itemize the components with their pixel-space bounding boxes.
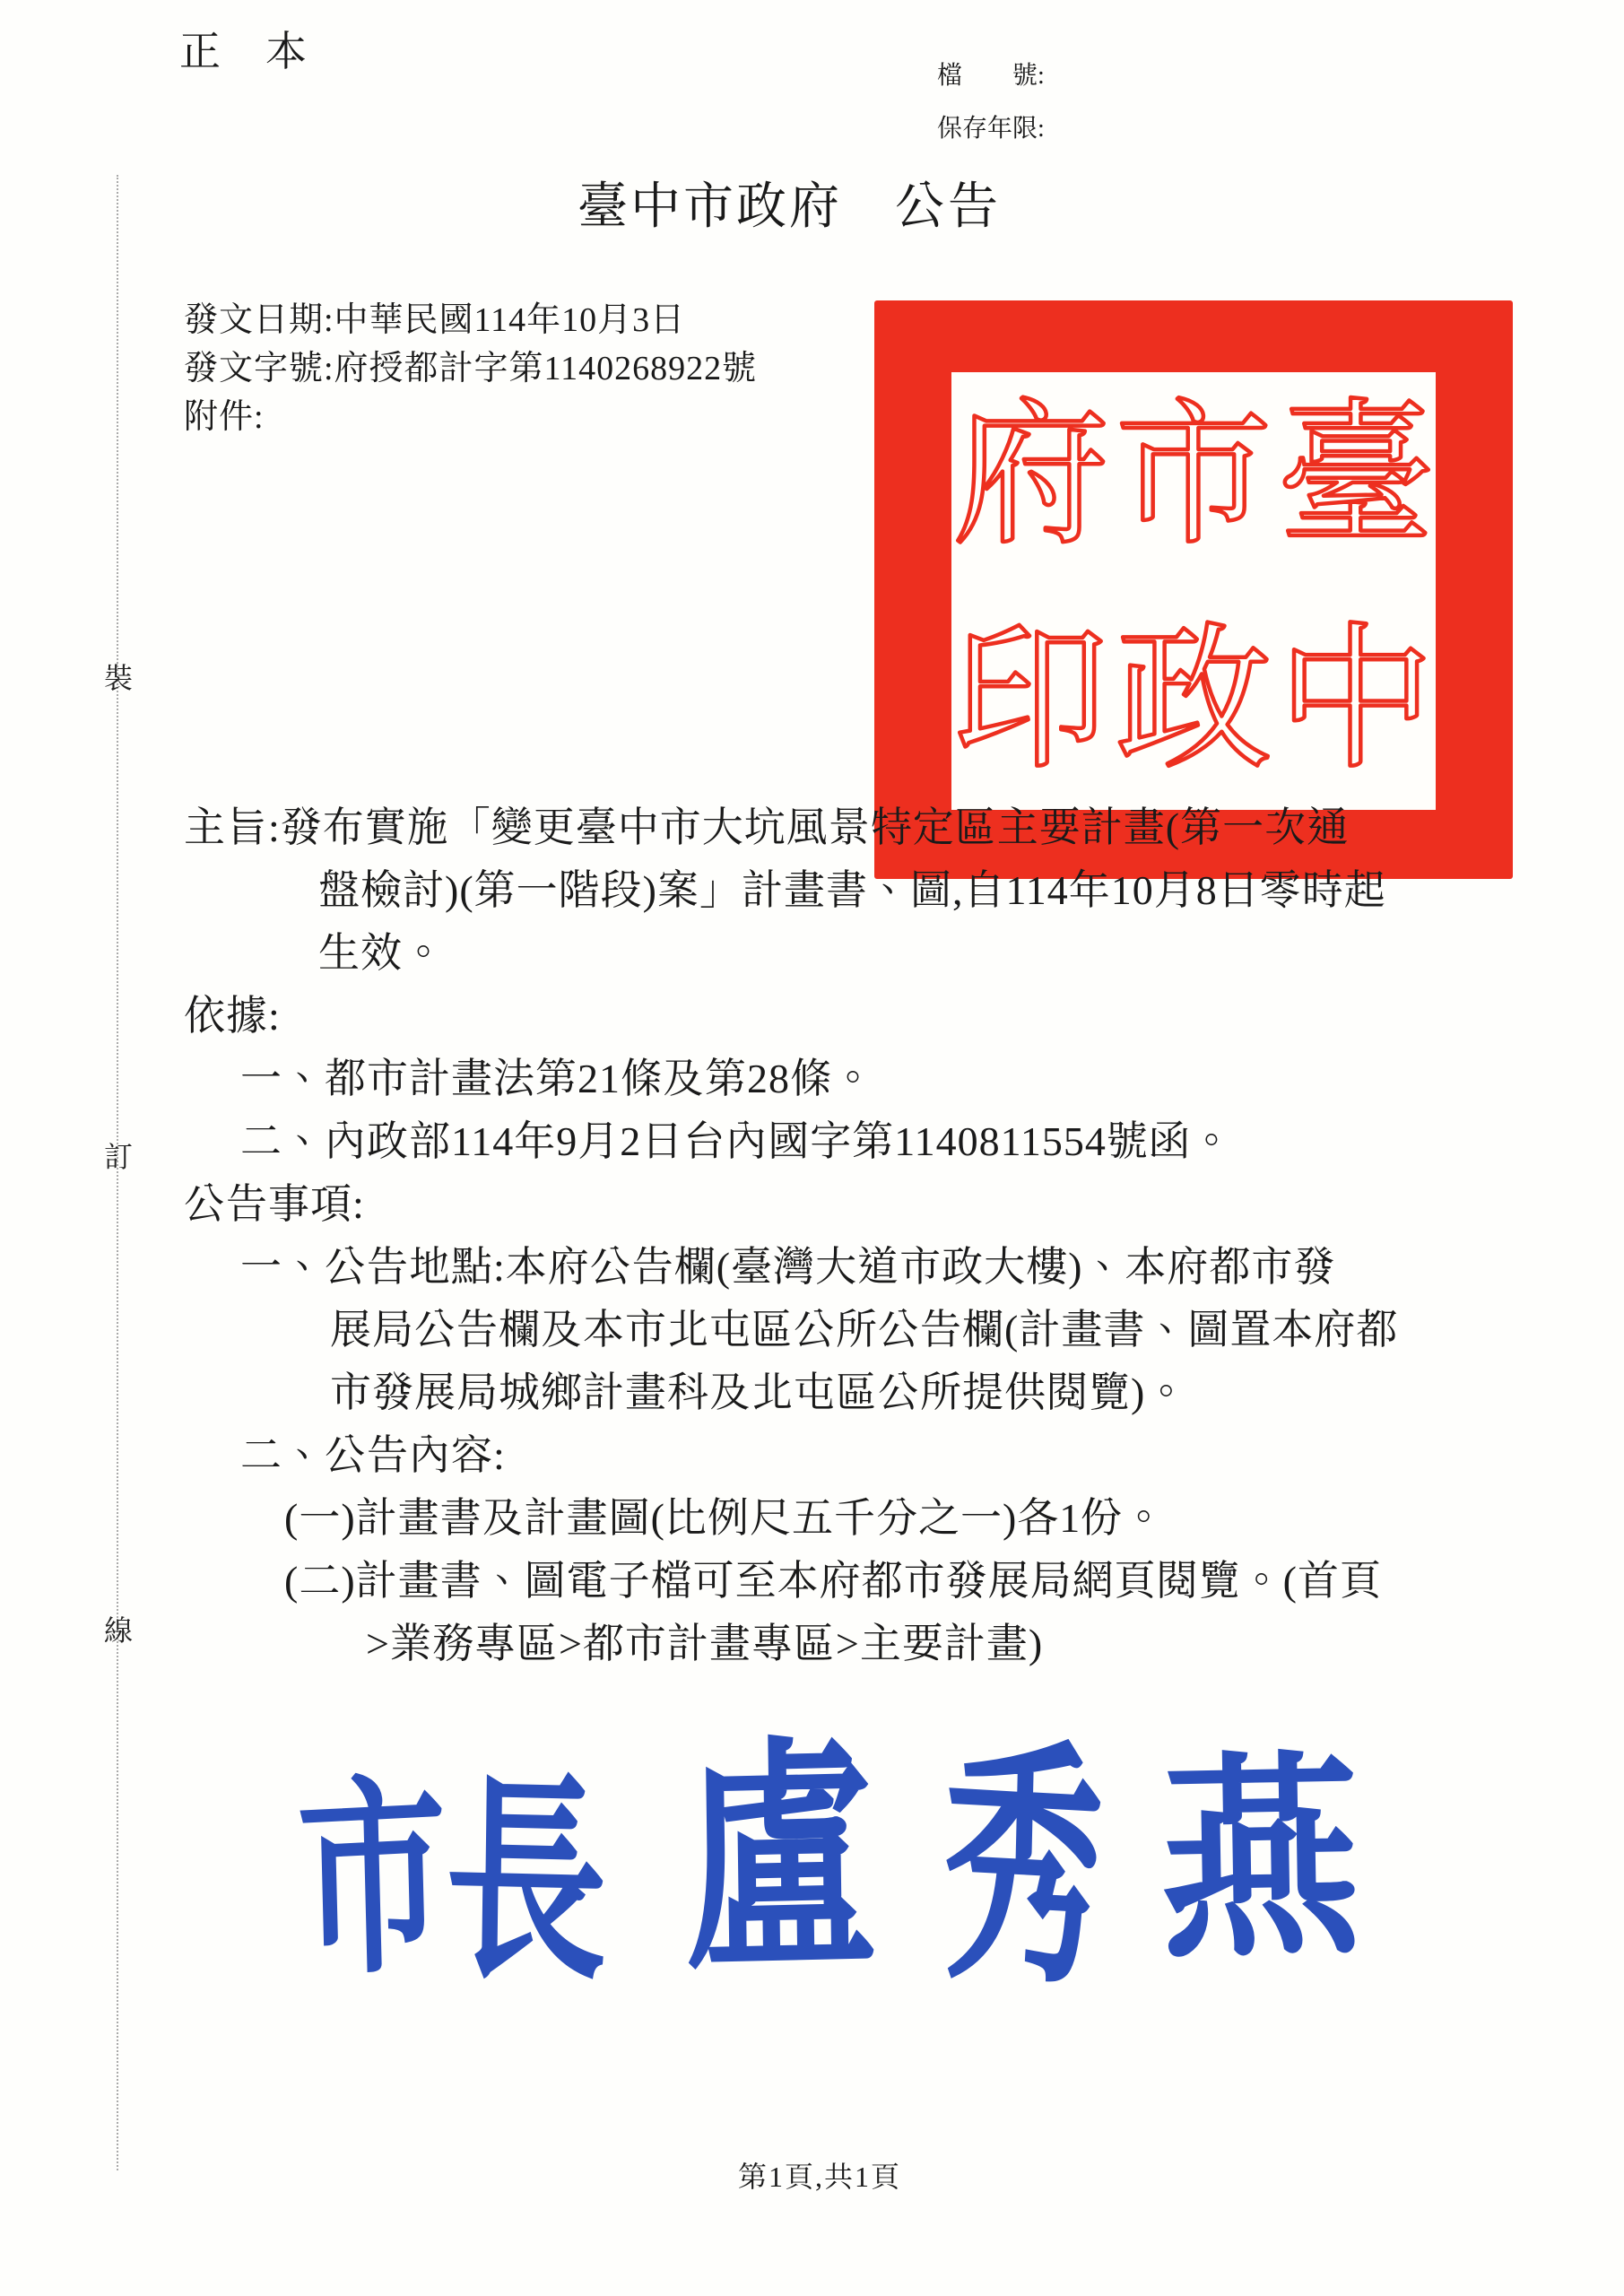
body-line: 盤檢討)(第一階段)案」計畫書、圖,自114年10月8日零時起: [184, 859, 1565, 922]
body-line: 二、公告內容:: [184, 1424, 1565, 1487]
body-line: 公告事項:: [184, 1173, 1565, 1236]
file-info-block: 檔 號: 保存年限:: [937, 63, 1314, 143]
seal-char-tai: 臺: [1278, 389, 1435, 563]
attachment-line: 附件:: [184, 393, 757, 441]
signature-char-lu: 盧: [683, 1737, 874, 1986]
seal-char-shi: 市: [1116, 389, 1272, 563]
copy-type-label: 正 本: [179, 27, 308, 76]
body-line: 依據:: [184, 985, 1565, 1048]
page-title: 臺中市政府 公告: [0, 178, 1578, 238]
file-number-label: 檔 號:: [937, 63, 1314, 91]
document-page: 裝 訂 線 正 本 檔 號: 保存年限: 臺中市政府 公告 發文日期:中華民國1…: [0, 0, 1624, 2296]
body-line: 展局公告欄及本市北屯區公所公告欄(計畫書、圖置本府都: [184, 1299, 1565, 1361]
body-line: 二、內政部114年9月2日台內國字第1140811554號函。: [184, 1110, 1565, 1173]
body-line: 一、公告地點:本府公告欄(臺灣大道市政大樓)、本府都市發: [184, 1236, 1565, 1299]
taichung-gov-seal-stamp: 臺 中 市 政 府 印: [874, 300, 1513, 879]
seal-image: 臺 中 市 政 府 印: [874, 300, 1513, 879]
body-line: 一、都市計畫法第21條及第28條。: [184, 1048, 1565, 1110]
body-line: 生效。: [184, 922, 1565, 985]
seal-char-zheng: 政: [1116, 613, 1272, 787]
seal-char-zhong: 中: [1278, 613, 1435, 787]
issue-date-line: 發文日期:中華民國114年10月3日: [184, 296, 757, 344]
signature-char-zhang: 長: [444, 1774, 609, 1996]
doc-number-line: 發文字號:府授都計字第1140268922號: [184, 344, 757, 393]
body-line: >業務專區>都市計畫專區>主要計畫): [184, 1613, 1565, 1675]
signature-char-xiu: 秀: [938, 1738, 1109, 2003]
body-line: (二)計畫書、圖電子檔可至本府都市發展局網頁閱覽。(首頁: [184, 1550, 1565, 1613]
binding-mark-xian: 線: [99, 1616, 138, 1645]
announcement-body: 主旨:發布實施「變更臺中市大坑風景特定區主要計畫(第一次通盤檢討)(第一階段)案…: [184, 796, 1565, 1675]
body-line: (一)計畫書及計畫圖(比例尺五千分之一)各1份。: [184, 1487, 1565, 1550]
binding-mark-ding: 訂: [99, 1143, 138, 1171]
body-line: 主旨:發布實施「變更臺中市大坑風景特定區主要計畫(第一次通: [184, 796, 1565, 859]
doc-meta-block: 發文日期:中華民國114年10月3日 發文字號:府授都計字第1140268922…: [184, 296, 757, 441]
seal-char-fu: 府: [953, 389, 1110, 563]
body-line: 市發展局城鄉計畫科及北屯區公所提供閱覽)。: [184, 1361, 1565, 1424]
signature-char-shi: 市: [296, 1773, 449, 1991]
seal-char-yin: 印: [953, 613, 1110, 787]
binding-mark-zhuang: 裝: [99, 664, 138, 692]
retention-period-label: 保存年限:: [937, 116, 1314, 143]
signature-char-yan: 燕: [1159, 1752, 1362, 1974]
page-number: 第1頁,共1頁: [0, 2154, 1624, 2196]
